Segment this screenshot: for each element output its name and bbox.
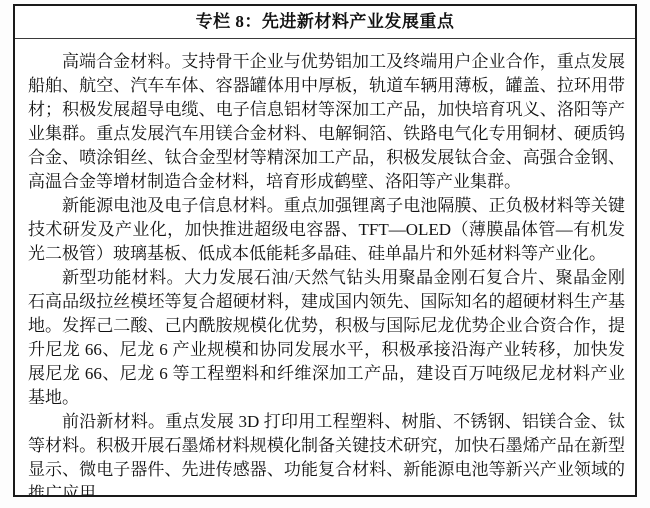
paragraph-frontier-materials: 前沿新材料。重点发展 3D 打印用工程塑料、树脂、不锈钢、铝镁合金、钛等材料。积…	[28, 410, 625, 497]
paragraph-high-end-alloys: 高端合金材料。支持骨干企业与优势铝加工及终端用户企业合作，重点发展船舶、航空、汽…	[28, 50, 625, 194]
paragraph-new-functional-materials: 新型功能材料。大力发展石油/天然气钻头用聚晶金刚石复合片、聚晶金刚石高品级拉丝模…	[28, 266, 625, 410]
page-background: { "panel": { "title": "专栏 8：先进新材料产业发展重点"…	[0, 0, 650, 508]
column-box-body: 高端合金材料。支持骨干企业与优势铝加工及终端用户企业合作，重点发展船舶、航空、汽…	[15, 39, 635, 497]
column-box-title: 专栏 8：先进新材料产业发展重点	[15, 6, 635, 39]
paragraph-battery-electronic-materials: 新能源电池及电子信息材料。重点加强锂离子电池隔膜、正负极材料等关键技术研发及产业…	[28, 194, 625, 266]
column-box: 专栏 8：先进新材料产业发展重点 高端合金材料。支持骨干企业与优势铝加工及终端用…	[13, 4, 637, 497]
